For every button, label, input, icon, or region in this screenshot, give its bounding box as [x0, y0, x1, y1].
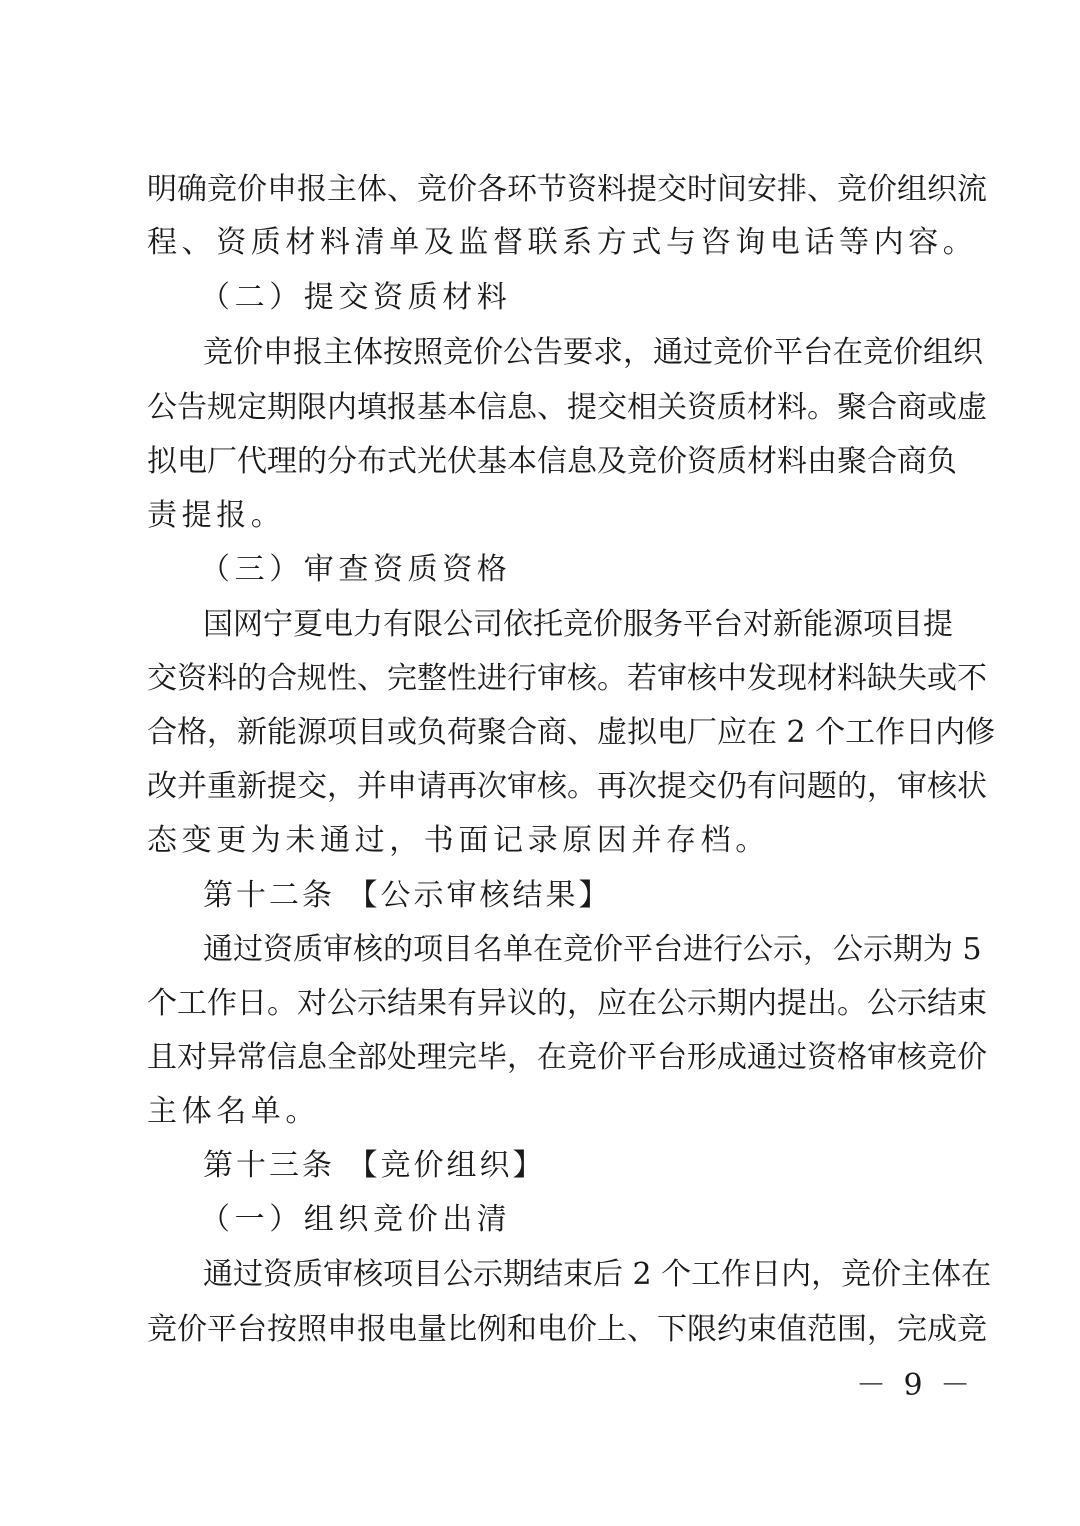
text-line: 责提报。 — [147, 496, 947, 536]
text-line: 竞价申报主体按照竞价公告要求，通过竞价平台在竞价组织 — [203, 333, 947, 373]
text-line: 态变更为未通过，书面记录原因并存档。 — [147, 821, 947, 861]
text-line: 交资料的合规性、完整性进行审核。若审核中发现材料缺失或不 — [147, 659, 947, 699]
text-line: 改并重新提交，并申请再次审核。再次提交仍有问题的，审核状 — [147, 767, 947, 807]
text-line: 竞价平台按照申报电量比例和电价上、下限约束值范围，完成竞 — [147, 1310, 947, 1350]
text-line: 个工作日。对公示结果有异议的，应在公示期内提出。公示结束 — [147, 984, 947, 1024]
article-heading: 第十三条 【竞价组织】 — [203, 1146, 947, 1186]
section-subheading: （三）审查资质资格 — [200, 550, 1000, 590]
text-line: 拟电厂代理的分布式光伏基本信息及竞价资质材料由聚合商负 — [147, 442, 947, 482]
page-number: － 9 － — [856, 1366, 946, 1406]
text-line: 主体名单。 — [147, 1092, 947, 1132]
text-line: 国网宁夏电力有限公司依托竞价服务平台对新能源项目提 — [203, 605, 947, 645]
text-line: 明确竞价申报主体、竞价各环节资料提交时间安排、竞价组织流 — [147, 170, 947, 210]
document-page: 明确竞价申报主体、竞价各环节资料提交时间安排、竞价组织流 程、资质材料清单及监督… — [0, 0, 1080, 1526]
text-line: 通过资质审核项目公示期结束后 2 个工作日内，竞价主体在 — [203, 1255, 947, 1295]
article-heading: 第十二条 【公示审核结果】 — [203, 876, 947, 916]
text-line: 通过资质审核的项目名单在竞价平台进行公示，公示期为 5 — [203, 930, 947, 970]
text-line: 且对异常信息全部处理完毕，在竞价平台形成通过资格审核竞价 — [147, 1038, 947, 1078]
text-line: 合格，新能源项目或负荷聚合商、虚拟电厂应在 2 个工作日内修 — [147, 713, 947, 753]
text-line: 程、资质材料清单及监督联系方式与咨询电话等内容。 — [147, 223, 947, 263]
section-subheading: （一）组织竞价出清 — [200, 1200, 1000, 1240]
section-subheading: （二）提交资质材料 — [200, 278, 1000, 318]
text-line: 公告规定期限内填报基本信息、提交相关资质材料。聚合商或虚 — [147, 388, 947, 428]
